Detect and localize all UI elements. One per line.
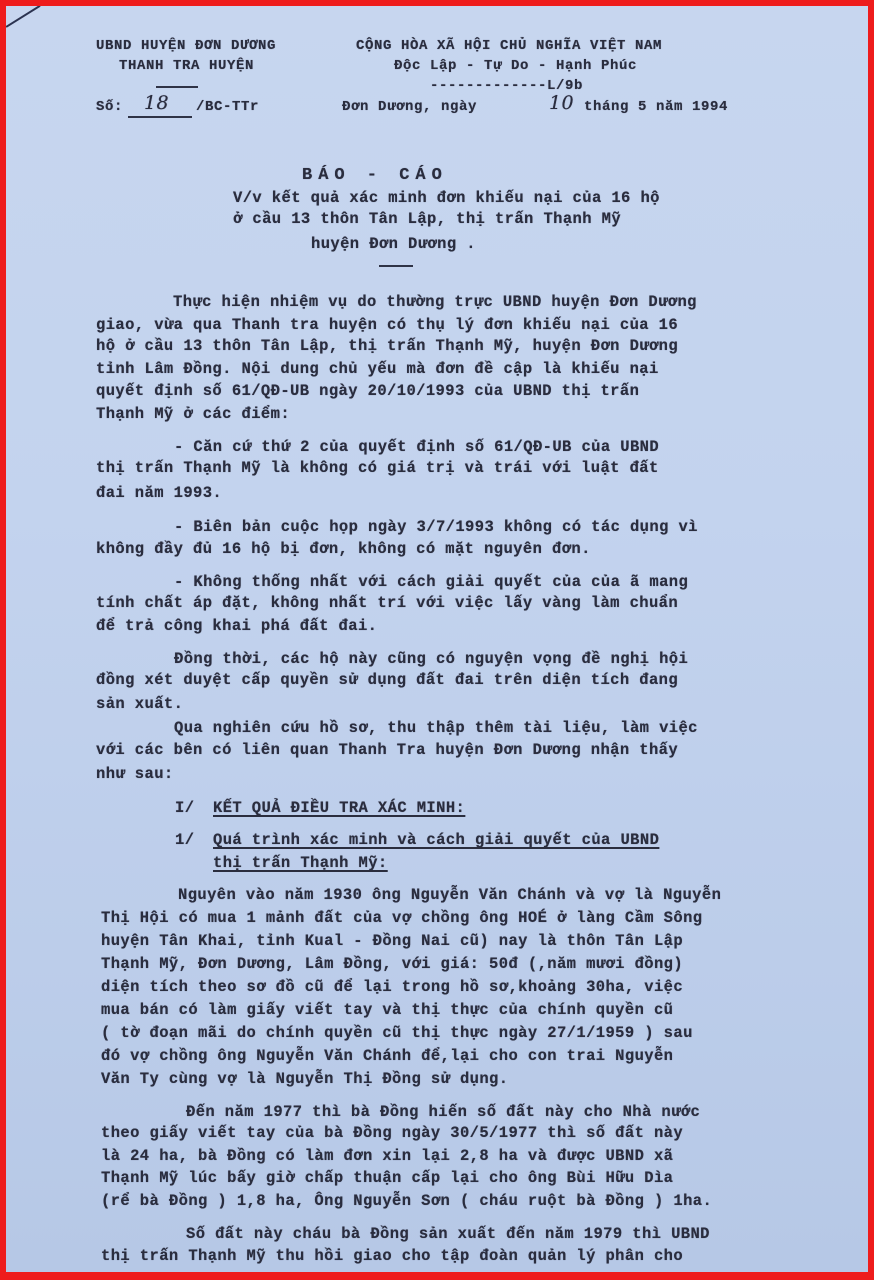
body-line: quyết định số 61/QĐ-UB ngày 20/10/1993 c… bbox=[96, 382, 639, 400]
body-line: mua bán có làm giấy viết tay và thị thực… bbox=[101, 1001, 673, 1019]
section-heading: KẾT QUẢ ĐIỀU TRA XÁC MINH: bbox=[213, 799, 465, 817]
body-line: thị trấn Thạnh Mỹ là không có giá trị và… bbox=[96, 459, 659, 477]
body-line: Thạnh Mỹ lúc bấy giờ chấp thuận cấp lại … bbox=[101, 1169, 673, 1187]
subject-line: huyện Đơn Dương . bbox=[311, 235, 476, 253]
body-line: Đồng thời, các hộ này cũng có nguyện vọn… bbox=[174, 650, 688, 668]
body-line: đó vợ chồng ông Nguyễn Văn Chánh để,lại … bbox=[101, 1047, 673, 1065]
document-number-suffix: /BC-TTr bbox=[196, 99, 259, 115]
scanned-document-page: UBND HUYỆN ĐƠN DƯƠNG THANH TRA HUYỆN Số:… bbox=[6, 6, 868, 1272]
body-line: Văn Ty cùng vợ là Nguyễn Thị Đồng sử dụn… bbox=[101, 1070, 508, 1088]
body-line: như sau: bbox=[96, 765, 174, 783]
subsection-heading: thị trấn Thạnh Mỹ: bbox=[213, 854, 388, 872]
body-line: thị trấn Thạnh Mỹ thu hồi giao cho tập đ… bbox=[101, 1247, 683, 1265]
body-line: hộ ở cầu 13 thôn Tân Lập, thị trấn Thạnh… bbox=[96, 337, 678, 355]
body-line: theo giấy viết tay của bà Đồng ngày 30/5… bbox=[101, 1124, 683, 1142]
body-line: Nguyên vào năm 1930 ông Nguyễn Văn Chánh… bbox=[178, 886, 721, 904]
body-line: đai năm 1993. bbox=[96, 484, 222, 502]
body-line: Số đất này cháu bà Đồng sản xuất đến năm… bbox=[186, 1225, 710, 1243]
place-date-prefix: Đơn Dương, ngày bbox=[342, 99, 477, 115]
subject-line: ở cầu 13 thôn Tân Lập, thị trấn Thạnh Mỹ bbox=[233, 210, 621, 228]
national-title: CỘNG HÒA XÃ HỘI CHỦ NGHĨA VIỆT NAM bbox=[356, 38, 662, 54]
body-line: - Không thống nhất với cách giải quyết c… bbox=[174, 573, 688, 591]
body-line: giao, vừa qua Thanh tra huyện có thụ lý … bbox=[96, 316, 678, 334]
body-line: Thạnh Mỹ ở các điểm: bbox=[96, 405, 290, 423]
body-line: (rể bà Đồng ) 1,8 ha, Ông Nguyễn Sơn ( c… bbox=[101, 1192, 712, 1210]
body-line: huyện Tân Khai, tỉnh Kual - Đồng Nai cũ)… bbox=[101, 932, 683, 950]
body-line: là 24 ha, bà Đồng có làm đơn xin lại 2,8… bbox=[101, 1147, 673, 1165]
date-month-year: tháng 5 năm 1994 bbox=[584, 99, 728, 115]
body-line: - Biên bản cuộc họp ngày 3/7/1993 không … bbox=[174, 518, 698, 536]
body-line: Đến năm 1977 thì bà Đồng hiến số đất này… bbox=[186, 1103, 700, 1121]
body-line: tỉnh Lâm Đồng. Nội dung chủ yếu mà đơn đ… bbox=[96, 360, 659, 378]
number-underline bbox=[128, 116, 192, 118]
body-line: Thạnh Mỹ, Đơn Dương, Lâm Đồng, với giá: … bbox=[101, 955, 683, 973]
title-separator bbox=[379, 265, 413, 267]
body-line: tính chất áp đặt, không nhất trí với việ… bbox=[96, 594, 678, 612]
national-motto: Độc Lập - Tự Do - Hạnh Phúc bbox=[394, 58, 637, 74]
document-number-label: Số: bbox=[96, 99, 123, 115]
pen-mark bbox=[6, 6, 40, 27]
body-line: Qua nghiên cứu hồ sơ, thu thập thêm tài … bbox=[174, 719, 698, 737]
body-line: Thực hiện nhiệm vụ do thường trực UBND h… bbox=[173, 293, 697, 311]
body-line: không đầy đủ 16 hộ bị đơn, không có mặt … bbox=[96, 540, 591, 558]
body-line: để trả công khai phá đất đai. bbox=[96, 617, 377, 635]
document-number-value: 18 bbox=[144, 92, 169, 114]
body-line: - Căn cứ thứ 2 của quyết định số 61/QĐ-U… bbox=[174, 438, 659, 456]
subject-line: V/v kết quả xác minh đơn khiếu nại của 1… bbox=[233, 189, 660, 207]
body-line: với các bên có liên quan Thanh Tra huyện… bbox=[96, 741, 678, 759]
body-line: ( tờ đoạn mãi do chính quyền cũ thị thực… bbox=[101, 1024, 693, 1042]
body-line: đồng xét duyệt cấp quyền sử dụng đất đai… bbox=[96, 671, 678, 689]
header-left-separator bbox=[156, 86, 198, 88]
body-line: diện tích theo sơ đồ cũ để lại trong hồ … bbox=[101, 978, 683, 996]
header-agency: UBND HUYỆN ĐƠN DƯƠNG bbox=[96, 38, 276, 54]
subsection-number: 1/ bbox=[175, 831, 194, 849]
header-department: THANH TRA HUYỆN bbox=[119, 58, 254, 74]
subsection-heading: Quá trình xác minh và cách giải quyết củ… bbox=[213, 831, 659, 849]
body-line: sản xuất. bbox=[96, 695, 183, 713]
report-heading: BÁO - CÁO bbox=[302, 166, 448, 185]
body-line: Thị Hội có mua 1 mảnh đất của vợ chồng ô… bbox=[101, 909, 703, 927]
section-number: I/ bbox=[175, 799, 194, 817]
date-day: 10 bbox=[549, 92, 574, 114]
